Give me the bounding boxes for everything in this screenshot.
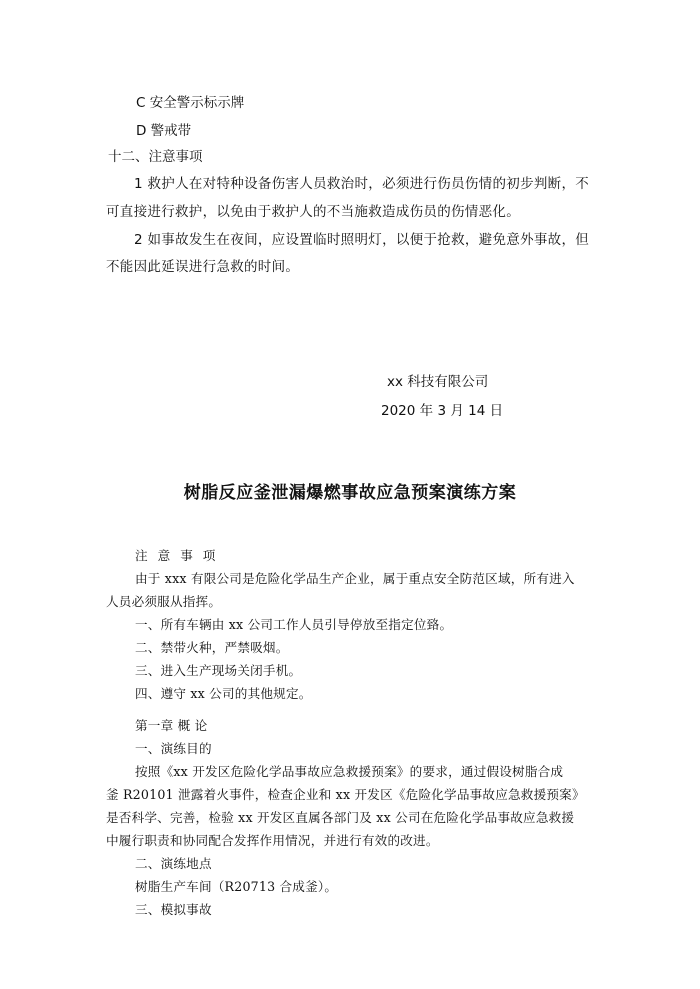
notice-item-4: 四、遵守 xx 公司的其他规定。 <box>135 685 312 703</box>
purpose-line-4: 中履行职责和协同配合发挥作用情况，并进行有效的改进。 <box>106 832 439 850</box>
paragraph-item-1-line-1: 1 救护人在对特种设备伤害人员救治时，必须进行伤员伤情的初步判断，不 <box>134 175 589 193</box>
signature-company: xx 科技有限公司 <box>387 373 488 391</box>
option-d: D 警戒带 <box>136 122 191 140</box>
notice-heading: 注 意 事 项 <box>135 547 218 565</box>
location-text: 树脂生产车间（R20713 合成釜）。 <box>135 878 337 896</box>
notice-item-2: 二、禁带火种，严禁吸烟。 <box>135 639 289 657</box>
signature-date: 2020 年 3 月 14 日 <box>381 402 503 420</box>
notice-item-1: 一、所有车辆由 xx 公司工作人员引导停放至指定位臵。 <box>135 616 452 634</box>
purpose-heading: 一、演练目的 <box>135 740 212 758</box>
document-title: 树脂反应釜泄漏爆燃事故应急预案演练方案 <box>0 478 700 503</box>
notice-paragraph-line-2: 人员必须服从指挥。 <box>106 593 221 611</box>
notice-paragraph-line-1: 由于 xxx 有限公司是危险化学品生产企业，属于重点安全防范区域，所有进入 <box>135 570 575 588</box>
chapter-heading: 第一章 概 论 <box>135 717 207 735</box>
location-heading: 二、演练地点 <box>135 855 212 873</box>
paragraph-item-2-line-2: 不能因此延误进行急救的时间。 <box>106 258 299 276</box>
section-heading: 十二、注意事项 <box>108 148 203 166</box>
purpose-line-2: 釜 R20101 泄露着火事件，检查企业和 xx 开发区《危险化学品事故应急救援… <box>106 786 585 804</box>
purpose-line-1: 按照《xx 开发区危险化学品事故应急救援预案》的要求，通过假设树脂合成 <box>135 763 563 781</box>
option-c: C 安全警示标示牌 <box>136 94 244 112</box>
notice-item-3: 三、进入生产现场关闭手机。 <box>135 662 301 680</box>
accident-heading: 三、模拟事故 <box>135 901 212 919</box>
paragraph-item-2-line-1: 2 如事故发生在夜间，应设置临时照明灯，以便于抢救，避免意外事故，但 <box>134 231 589 249</box>
purpose-line-3: 是否科学、完善，检验 xx 开发区直属各部门及 xx 公司在危险化学品事故应急救… <box>106 809 574 827</box>
paragraph-item-1-line-2: 可直接进行救护，以免由于救护人的不当施救造成伤员的伤情恶化。 <box>106 203 520 221</box>
